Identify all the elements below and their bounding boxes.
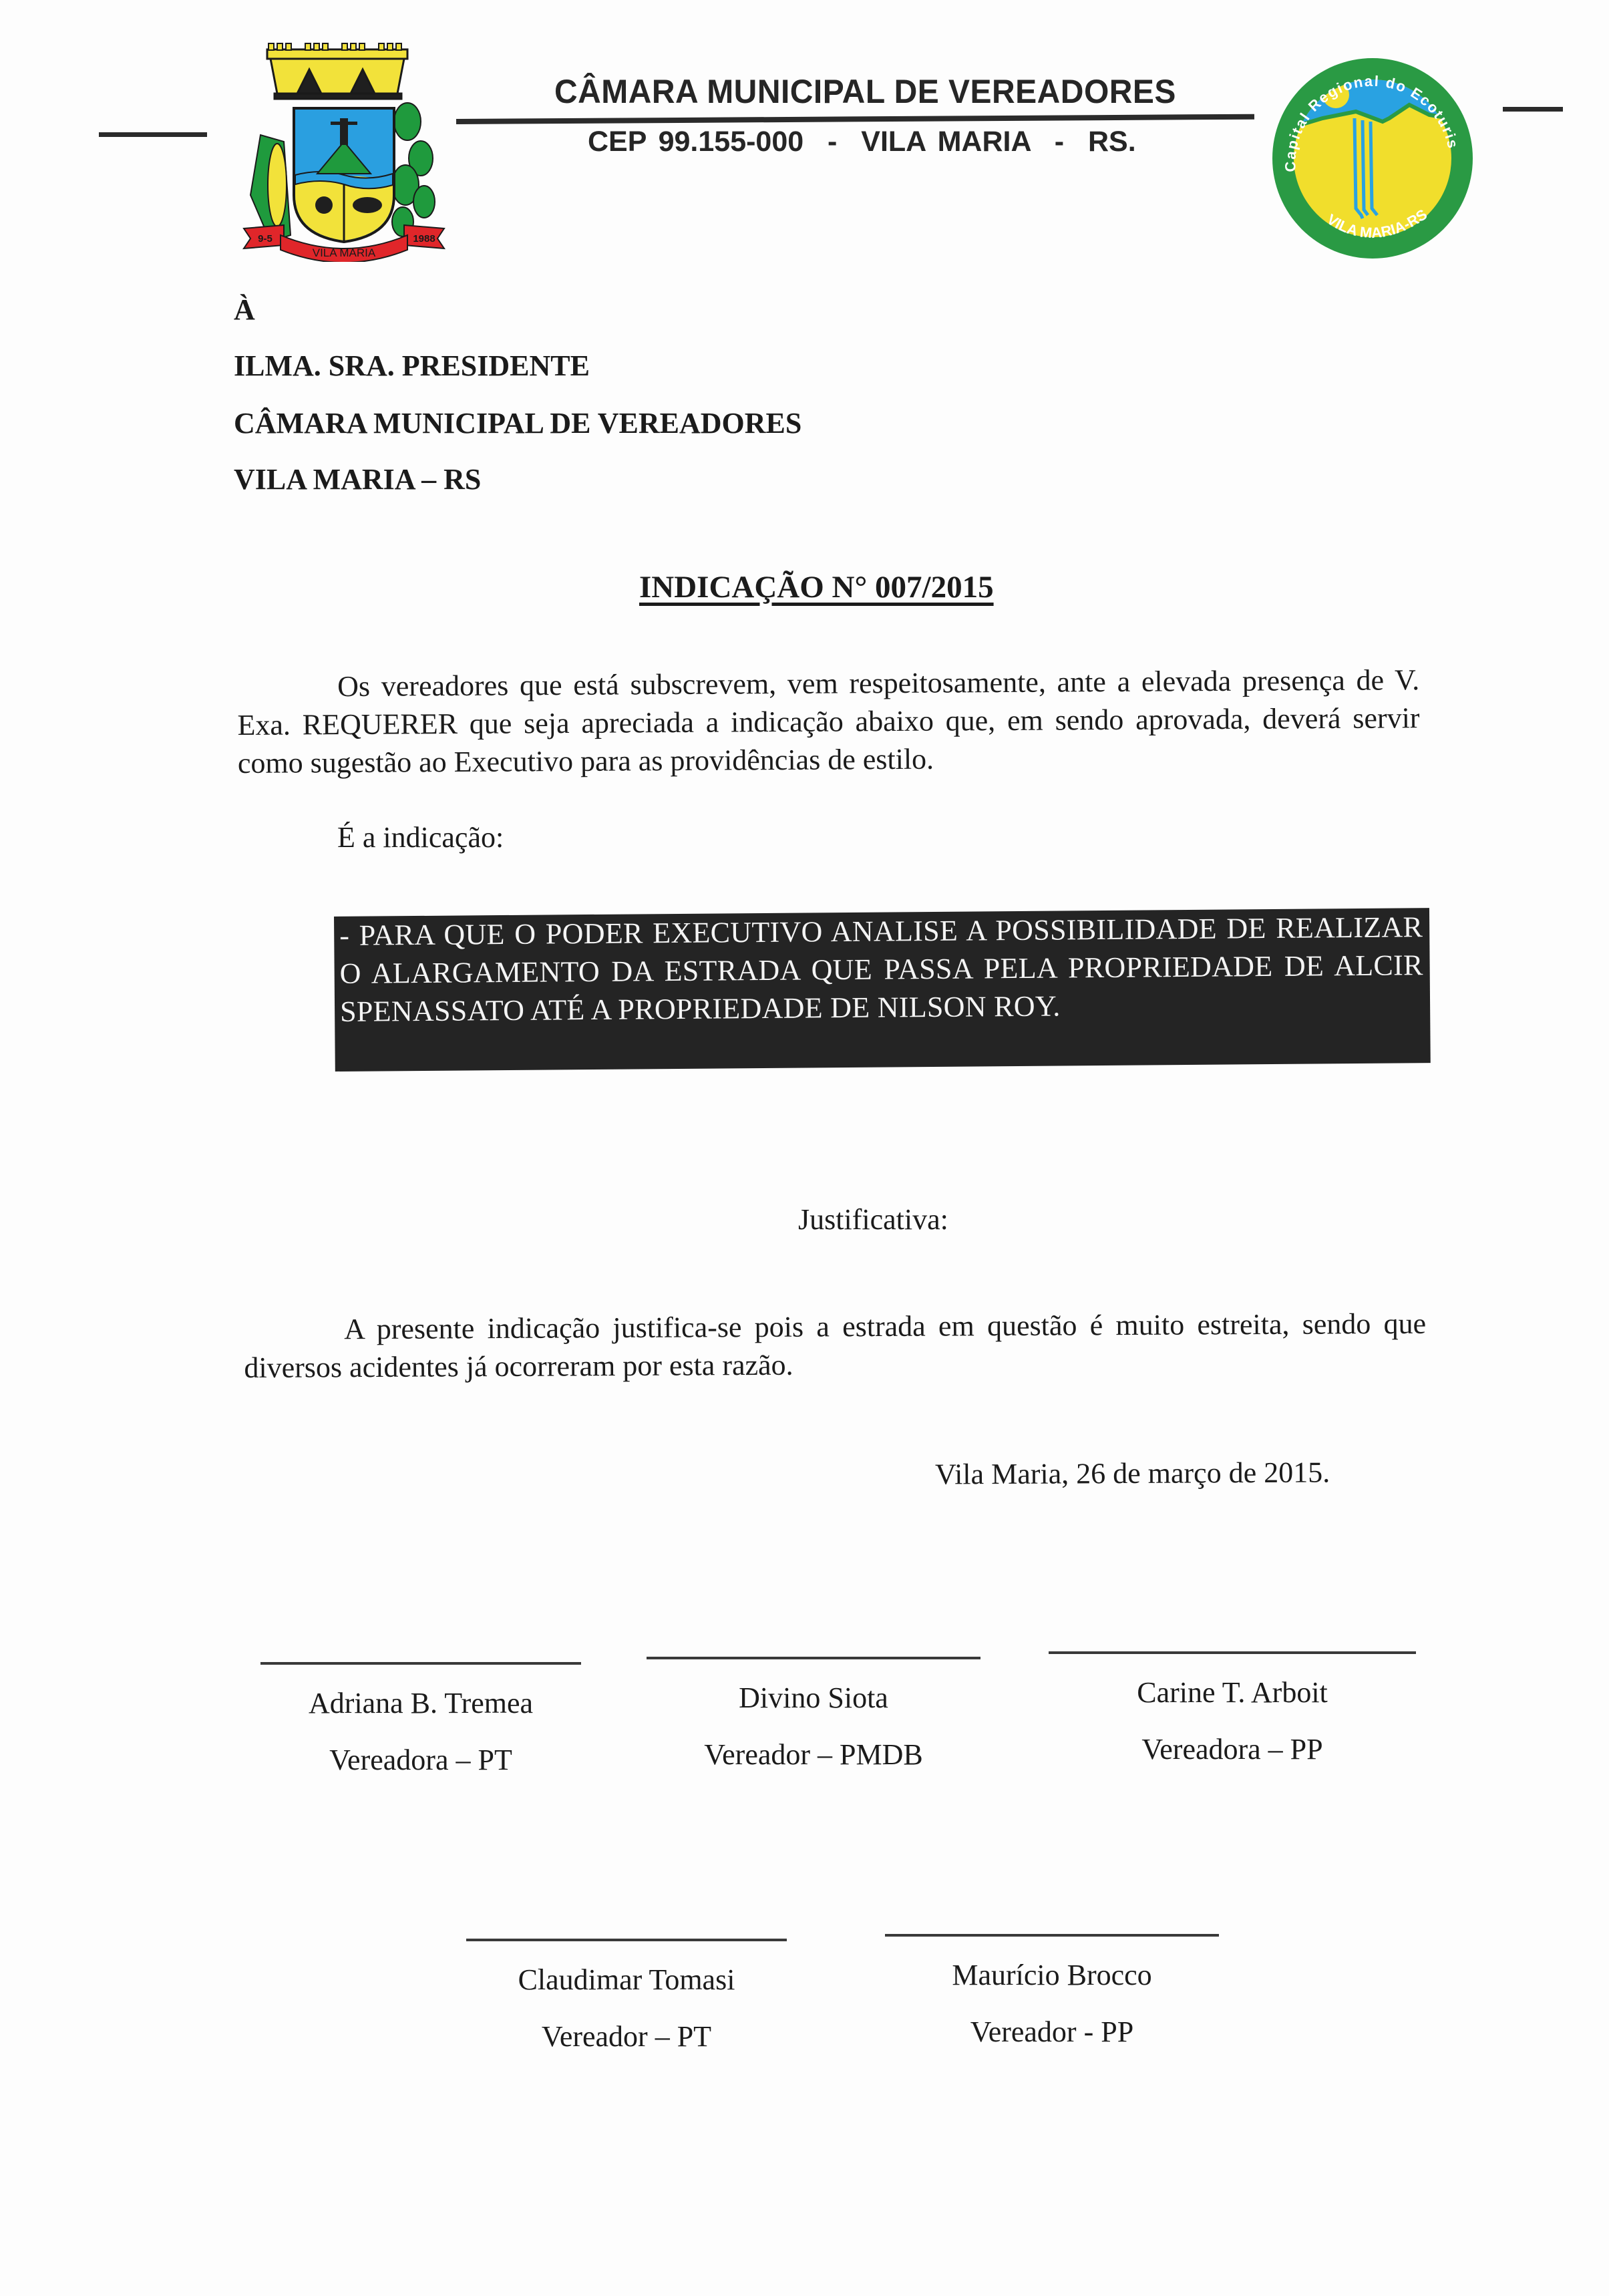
recipient-city: VILA MARIA – RS [234,462,481,496]
signature-line [885,1934,1219,1937]
signer-name: Adriana B. Tremea [260,1686,581,1720]
coat-of-arms-icon: 9-5 1988 VILA MARIA [230,41,458,262]
signature-block: Carine T. Arboit Vereadora – PP [1049,1651,1416,1766]
svg-text:VILA MARIA: VILA MARIA [313,247,376,259]
document-title: INDICAÇÃO N° 007/2015 [639,569,994,605]
header-rule-right [1503,107,1563,112]
justification-label: Justificativa: [798,1202,948,1237]
signer-role: Vereadora – PT [260,1743,581,1777]
signature-line [260,1662,581,1665]
signer-role: Vereador - PP [885,2015,1219,2049]
signer-role: Vereador – PT [466,2019,787,2054]
signer-name: Divino Siota [647,1681,980,1715]
signature-line [466,1939,787,1941]
signature-block: Adriana B. Tremea Vereadora – PT [260,1662,581,1777]
svg-text:1988: 1988 [413,233,435,244]
signature-line [1049,1651,1416,1654]
signature-block: Divino Siota Vereador – PMDB [647,1657,980,1772]
header-rule-left [99,132,207,137]
recipient-to: À [234,293,255,327]
indication-highlight: - PARA QUE O PODER EXECUTIVO ANALISE A P… [334,908,1431,1072]
institution-address: CEP 99.155-000 - VILA MARIA - RS. [588,126,1136,158]
institution-name: CÂMARA MUNICIPAL DE VEREADORES [554,72,1176,111]
signer-role: Vereadora – PP [1049,1732,1416,1766]
signature-block: Maurício Brocco Vereador - PP [885,1934,1219,2049]
date-line: Vila Maria, 26 de março de 2015. [935,1455,1330,1491]
signer-name: Claudimar Tomasi [466,1963,787,1997]
recipient-institution: CÂMARA MUNICIPAL DE VEREADORES [234,406,801,440]
signer-name: Carine T. Arboit [1049,1675,1416,1709]
justification-paragraph: A presente indicação justifica-se pois a… [244,1305,1427,1387]
recipient-title: ILMA. SRA. PRESIDENTE [234,349,590,383]
indication-text: - PARA QUE O PODER EXECUTIVO ANALISE A P… [339,908,1423,1031]
signer-role: Vereador – PMDB [647,1738,980,1772]
intro-paragraph: Os vereadores que está subscrevem, vem r… [237,661,1420,782]
signature-block: Claudimar Tomasi Vereador – PT [466,1939,787,2054]
ecotourism-logo-icon: Capital Regional do Ecoturismo VILA MARI… [1269,55,1476,262]
header-rule-main [456,114,1254,124]
signer-name: Maurício Brocco [885,1958,1219,1992]
indication-label: É a indicação: [337,820,504,854]
svg-text:9-5: 9-5 [258,233,273,244]
signature-line [647,1657,980,1659]
